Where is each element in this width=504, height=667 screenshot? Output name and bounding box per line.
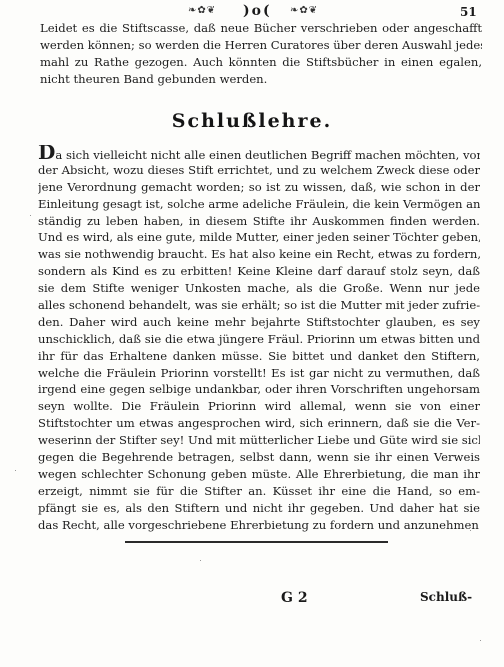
- text-line: pfängt sie es, als den Stiftern und nich…: [38, 500, 480, 517]
- text-line: nicht theuren Band gebunden werden.: [40, 71, 482, 88]
- horizontal-rule: [125, 541, 388, 543]
- paper-speck: [200, 560, 201, 561]
- text-line: ständig zu leben haben, in diesem Stifte…: [38, 213, 480, 230]
- header-center-mark: )o(: [243, 3, 272, 19]
- text-line: der Absicht, wozu dieses Stift errichtet…: [38, 162, 480, 179]
- drop-cap: D: [38, 145, 55, 162]
- text-line: sondern als Kind es zu erbitten! Keine K…: [38, 263, 480, 280]
- text-line: Stiftstochter um etwas angesprochen wird…: [38, 415, 480, 432]
- text-line-with-dropcap: Da sich vielleicht nicht alle einen deut…: [38, 145, 480, 162]
- paragraph-closing-doctrine: Da sich vielleicht nicht alle einen deut…: [38, 145, 480, 533]
- paper-speck: [30, 215, 31, 216]
- text-line: weserinn der Stifter sey! Und mit mütter…: [38, 432, 480, 449]
- text-line: gegen die Begehrende betragen, selbst da…: [38, 449, 480, 466]
- text-line: alles schonend behandelt, was sie erhält…: [38, 297, 480, 314]
- text-line: werden können; so werden die Herren Cura…: [40, 37, 482, 54]
- text-line: jene Verordnung gemacht worden; so ist z…: [38, 179, 480, 196]
- text-line: a sich vielleicht nicht alle einen deutl…: [55, 148, 480, 162]
- paper-speck: [15, 470, 16, 471]
- paper-speck: [480, 640, 481, 641]
- text-line: unschicklich, daß sie die etwa jüngere F…: [38, 331, 480, 348]
- text-line: welche die Fräulein Priorinn vorstellt! …: [38, 365, 480, 382]
- text-line: erzeigt, nimmt sie für die Stifter an. K…: [38, 483, 480, 500]
- text-line: Leidet es die Stiftscasse, daß neue Büch…: [40, 20, 482, 37]
- text-line: ihr für das Erhaltene danken müsse. Sie …: [38, 348, 480, 365]
- running-head: ❧✿❦ )o( ❧✿❦ 51: [0, 2, 504, 22]
- text-line: was sie nothwendig braucht. Es hat also …: [38, 246, 480, 263]
- text-line: Und es wird, als eine gute, milde Mutter…: [38, 229, 480, 246]
- text-line: irgend eine gegen selbige undankbar, ode…: [38, 381, 480, 398]
- ornament-right-icon: ❧✿❦: [290, 5, 318, 16]
- text-line: Einleitung gesagt ist, solche arme adeli…: [38, 196, 480, 213]
- book-page: ❧✿❦ )o( ❧✿❦ 51 Leidet es die Stiftscasse…: [0, 0, 504, 667]
- section-title: Schlußlehre.: [0, 110, 504, 132]
- page-number: 51: [460, 5, 477, 19]
- catchword: Schluß-: [420, 590, 472, 604]
- signature-mark: G 2: [281, 590, 308, 606]
- ornament-left-icon: ❧✿❦: [188, 5, 216, 16]
- paragraph-library-books: Leidet es die Stiftscasse, daß neue Büch…: [40, 20, 482, 88]
- text-line: seyn wollte. Die Fräulein Priorinn wird …: [38, 398, 480, 415]
- text-line: das Recht, alle vorgeschriebene Ehrerbie…: [38, 517, 480, 534]
- text-line: den. Daher wird auch keine mehr bejahrte…: [38, 314, 480, 331]
- paper-speck: [470, 530, 471, 531]
- text-line: wegen schlechter Schonung geben müste. A…: [38, 466, 480, 483]
- text-line: mahl zu Rathe gezogen. Auch könnten die …: [40, 54, 482, 71]
- text-line: sie dem Stifte weniger Unkosten mache, a…: [38, 280, 480, 297]
